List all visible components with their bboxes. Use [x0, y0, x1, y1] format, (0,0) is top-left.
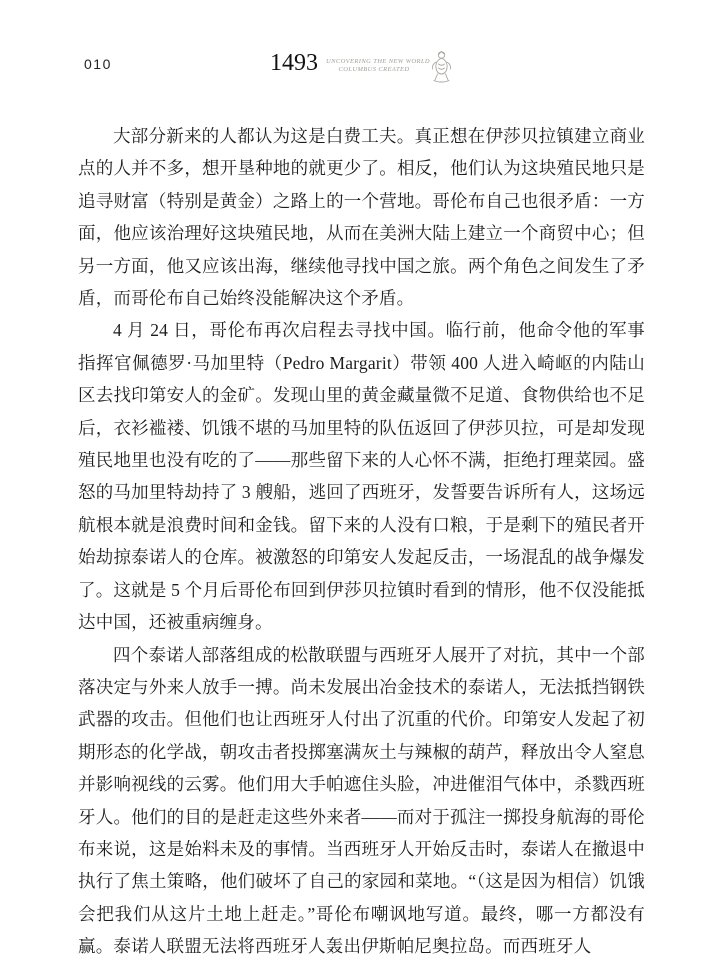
book-page: 010 1493 UNCOVERING THE NEW WORLD COLUMB… — [0, 0, 720, 974]
page-number: 010 — [84, 56, 112, 72]
page-body: 大部分新来的人都认为这是白费工夫。真正想在伊莎贝拉镇建立商业点的人并不多，想开垦… — [78, 120, 645, 963]
paragraph-3: 四个泰诺人部落组成的松散联盟与西班牙人展开了对抗，其中一个部落决定与外来人放手一… — [78, 639, 645, 963]
book-subtitle: UNCOVERING THE NEW WORLD COLUMBUS CREATE… — [326, 58, 422, 73]
running-head: 1493 UNCOVERING THE NEW WORLD COLUMBUS C… — [270, 48, 455, 86]
book-subtitle-line1: UNCOVERING THE NEW WORLD — [326, 58, 422, 66]
paragraph-2: 4 月 24 日，哥伦布再次启程去寻找中国。临行前，他命令他的军事指挥官佩德罗·… — [78, 314, 645, 638]
book-subtitle-line2: COLUMBUS CREATED — [326, 66, 422, 74]
publisher-crest-icon — [428, 50, 455, 83]
book-title: 1493 — [270, 48, 318, 78]
paragraph-1: 大部分新来的人都认为这是白费工夫。真正想在伊莎贝拉镇建立商业点的人并不多，想开垦… — [78, 120, 645, 314]
